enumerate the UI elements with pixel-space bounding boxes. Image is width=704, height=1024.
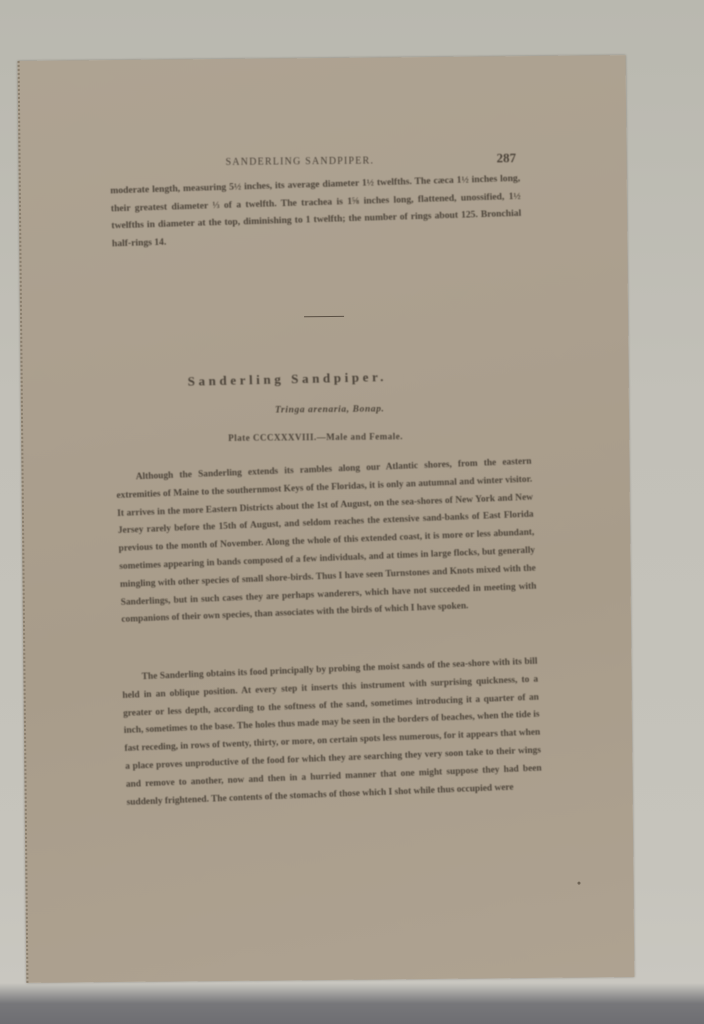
section-divider bbox=[304, 316, 344, 317]
section-title: Sanderling Sandpiper. bbox=[187, 369, 387, 390]
top-paragraph: moderate length, measuring 5½ inches, it… bbox=[110, 170, 522, 253]
running-head: Sanderling Sandpiper. bbox=[226, 156, 375, 168]
latin-name: Tringa arenaria, Bonap. bbox=[275, 404, 385, 415]
page-number: 287 bbox=[496, 150, 516, 166]
paper-speck bbox=[577, 882, 580, 885]
body-paragraph: Although the Sanderling extends its ramb… bbox=[116, 454, 538, 630]
body-paragraph: The Sanderling obtains its food principa… bbox=[121, 654, 542, 813]
book-page: Sanderling Sandpiper. 287 moderate lengt… bbox=[18, 55, 635, 983]
plate-line: Plate CCCXXXVIII.—Male and Female. bbox=[228, 431, 403, 443]
